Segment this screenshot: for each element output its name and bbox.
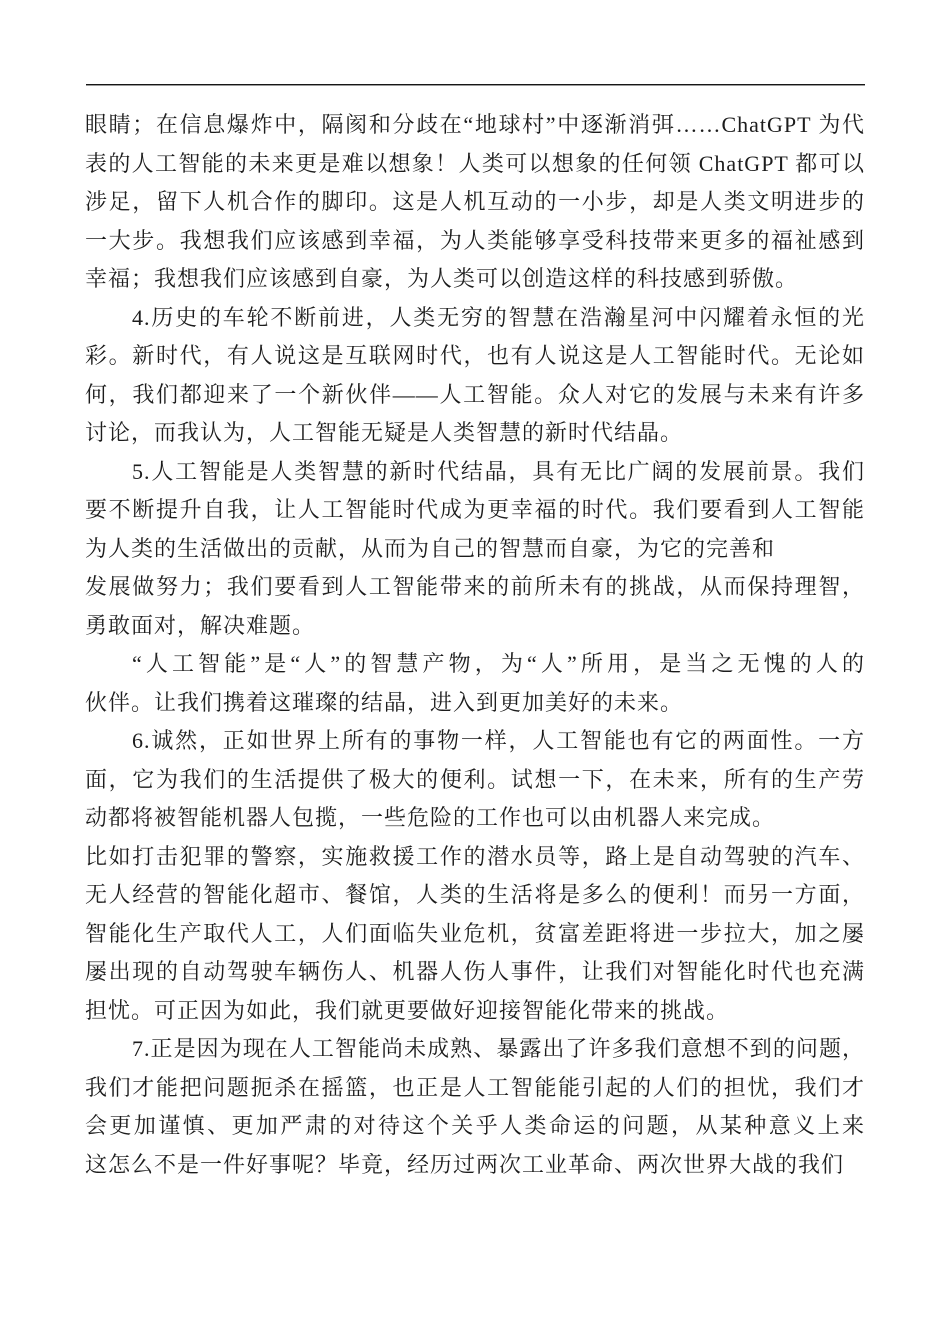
text-line: 动都将被智能机器人包揽，一些危险的工作也可以由机器人来完成。	[85, 799, 865, 838]
text-line: “人工智能”是“人”的智慧产物，为“人”所用，是当之无愧的人的	[85, 645, 865, 684]
text-line: 面，它为我们的生活提供了极大的便利。试想一下，在未来，所有的生产劳	[85, 761, 865, 800]
text-line: 涉足，留下人机合作的脚印。这是人机互动的一小步，却是人类文明进步的	[85, 183, 865, 222]
text-line: 何，我们都迎来了一个新伙伴——人工智能。众人对它的发展与未来有许多	[85, 376, 865, 415]
text-line: 这怎么不是一件好事呢？毕竟，经历过两次工业革命、两次世界大战的我们	[85, 1146, 865, 1185]
text-line: 伙伴。让我们携着这璀璨的结晶，进入到更加美好的未来。	[85, 684, 865, 723]
text-line: 6.诚然，正如世界上所有的事物一样，人工智能也有它的两面性。一方	[85, 722, 865, 761]
text-line: 彩。新时代，有人说这是互联网时代，也有人说这是人工智能时代。无论如	[85, 337, 865, 376]
paragraph-6: 6.诚然，正如世界上所有的事物一样，人工智能也有它的两面性。一方 面，它为我们的…	[85, 722, 865, 1030]
text-line: 智能化生产取代人工，人们面临失业危机，贫富差距将进一步拉大，加之屡	[85, 915, 865, 954]
text-line: 讨论，而我认为，人工智能无疑是人类智慧的新时代结晶。	[85, 414, 865, 453]
text-line: 勇敢面对，解决难题。	[85, 607, 865, 646]
text-line: 我们才能把问题扼杀在摇篮，也正是人工智能能引起的人们的担忧，我们才	[85, 1069, 865, 1108]
text-line: 表的人工智能的未来更是难以想象！人类可以想象的任何领 ChatGPT 都可以	[85, 145, 865, 184]
text-line: 7.正是因为现在人工智能尚未成熟、暴露出了许多我们意想不到的问题，	[85, 1030, 865, 1069]
text-line: 屡出现的自动驾驶车辆伤人、机器人伤人事件，让我们对智能化时代也充满	[85, 953, 865, 992]
text-line: 4.历史的车轮不断前进，人类无穷的智慧在浩瀚星河中闪耀着永恒的光	[85, 299, 865, 338]
document-page: 眼睛；在信息爆炸中，隔阂和分歧在“地球村”中逐渐消弭……ChatGPT 为代 表…	[0, 0, 950, 1344]
text-line: 发展做努力；我们要看到人工智能带来的前所未有的挑战，从而保持理智，	[85, 568, 865, 607]
text-line: 5.人工智能是人类智慧的新时代结晶，具有无比广阔的发展前景。我们	[85, 453, 865, 492]
text-line: 为人类的生活做出的贡献，从而为自己的智慧而自豪，为它的完善和	[85, 530, 865, 569]
paragraph-5-closing: “人工智能”是“人”的智慧产物，为“人”所用，是当之无愧的人的 伙伴。让我们携着…	[85, 645, 865, 722]
text-line: 比如打击犯罪的警察，实施救援工作的潜水员等，路上是自动驾驶的汽车、	[85, 838, 865, 877]
text-line: 眼睛；在信息爆炸中，隔阂和分歧在“地球村”中逐渐消弭……ChatGPT 为代	[85, 106, 865, 145]
document-body: 眼睛；在信息爆炸中，隔阂和分歧在“地球村”中逐渐消弭……ChatGPT 为代 表…	[85, 106, 865, 1184]
paragraph-5: 5.人工智能是人类智慧的新时代结晶，具有无比广阔的发展前景。我们 要不断提升自我…	[85, 453, 865, 646]
paragraph-7: 7.正是因为现在人工智能尚未成熟、暴露出了许多我们意想不到的问题， 我们才能把问…	[85, 1030, 865, 1184]
text-line: 会更加谨慎、更加严肃的对待这个关乎人类命运的问题，从某种意义上来说，	[85, 1107, 865, 1146]
paragraph-4: 4.历史的车轮不断前进，人类无穷的智慧在浩瀚星河中闪耀着永恒的光 彩。新时代，有…	[85, 299, 865, 453]
text-line: 担忧。可正因为如此，我们就更要做好迎接智能化带来的挑战。	[85, 992, 865, 1031]
header-divider-line	[86, 84, 865, 86]
text-line: 幸福；我想我们应该感到自豪，为人类可以创造这样的科技感到骄傲。	[85, 260, 865, 299]
text-line: 无人经营的智能化超市、餐馆，人类的生活将是多么的便利！而另一方面，	[85, 876, 865, 915]
text-line: 要不断提升自我，让人工智能时代成为更幸福的时代。我们要看到人工智能	[85, 491, 865, 530]
paragraph-3-continuation: 眼睛；在信息爆炸中，隔阂和分歧在“地球村”中逐渐消弭……ChatGPT 为代 表…	[85, 106, 865, 299]
text-line: 一大步。我想我们应该感到幸福，为人类能够享受科技带来更多的福祉感到	[85, 222, 865, 261]
